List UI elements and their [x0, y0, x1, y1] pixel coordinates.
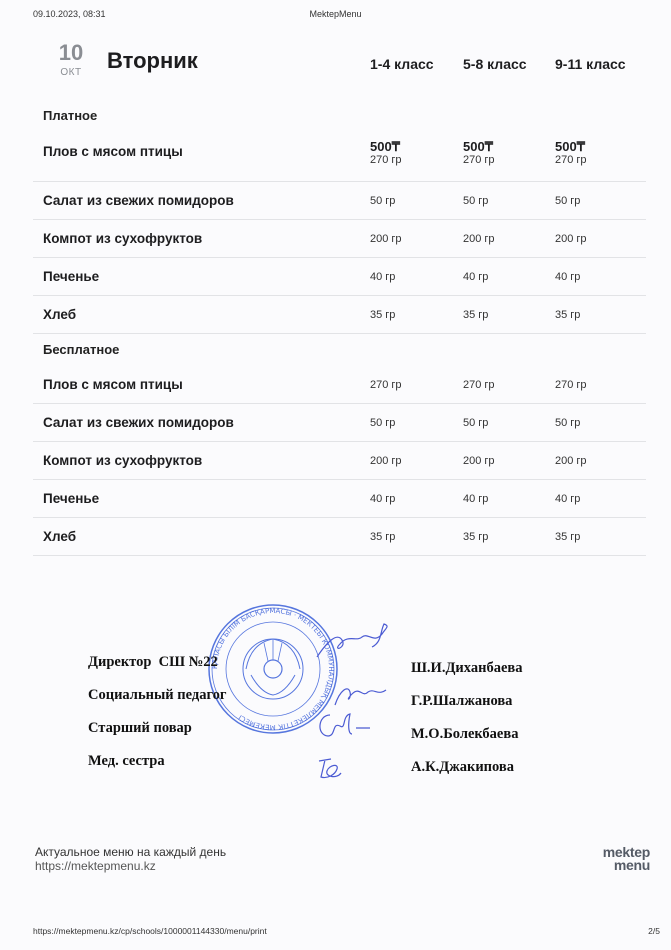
weight: 270 гр	[463, 154, 495, 167]
table-row: Печенье 40 гр 40 гр 40 гр	[33, 258, 646, 296]
cell-5-8: 50 гр	[463, 417, 488, 429]
cell-5-8: 40 гр	[463, 493, 488, 505]
cell-1-4: 50 гр	[370, 417, 395, 429]
logo-line-2: menu	[590, 859, 650, 872]
dish-name: Печенье	[43, 491, 99, 506]
signature-row: Социальный педагог Г.Р.Шалжанова	[88, 683, 548, 716]
dish-name: Хлеб	[43, 529, 76, 544]
table-row: Компот из сухофруктов 200 гр 200 гр 200 …	[33, 442, 646, 480]
cell-1-4: 35 гр	[370, 309, 395, 321]
signature-row: Директор СШ №22 Ш.И.Диханбаева	[88, 650, 548, 683]
day-month: ОКТ	[55, 67, 87, 78]
weekday-title: Вторник	[107, 48, 198, 74]
menu-table: Платное Плов с мясом птицы 500₸270 гр 50…	[33, 100, 646, 556]
price: 500₸	[463, 140, 495, 154]
footer-site-link[interactable]: https://mektepmenu.kz	[35, 859, 226, 873]
column-header-9-11: 9-11 класс	[555, 56, 626, 72]
cell-9-11: 40 гр	[555, 493, 580, 505]
cell-1-4: 40 гр	[370, 271, 395, 283]
price: 500₸	[555, 140, 587, 154]
signature-role: Социальный педагог	[88, 687, 227, 704]
table-row: Хлеб 35 гр 35 гр 35 гр	[33, 518, 646, 556]
table-row: Хлеб 35 гр 35 гр 35 гр	[33, 296, 646, 334]
signature-row: Старший повар М.О.Болекбаева	[88, 716, 548, 749]
column-header-1-4: 1-4 класс	[370, 56, 434, 72]
cell-9-11: 35 гр	[555, 309, 580, 321]
footer-note: Актуальное меню на каждый день https://m…	[35, 845, 226, 873]
cell-5-8: 35 гр	[463, 531, 488, 543]
cell-9-11: 35 гр	[555, 531, 580, 543]
cell-9-11: 50 гр	[555, 417, 580, 429]
cell-1-4: 35 гр	[370, 531, 395, 543]
signature-row: Мед. сестра А.К.Джакипова	[88, 749, 548, 782]
price: 500₸	[370, 140, 402, 154]
mektepmenu-logo: mektep menu	[590, 846, 650, 872]
section-title-paid: Платное	[33, 100, 646, 132]
dish-name: Плов с мясом птицы	[43, 377, 183, 392]
column-header-5-8: 5-8 класс	[463, 56, 527, 72]
table-row: Компот из сухофруктов 200 гр 200 гр 200 …	[33, 220, 646, 258]
weight: 270 гр	[555, 154, 587, 167]
dish-name: Плов с мясом птицы	[43, 144, 183, 159]
dish-name: Компот из сухофруктов	[43, 231, 202, 246]
signature-role: Старший повар	[88, 720, 192, 737]
table-row: Плов с мясом птицы 270 гр 270 гр 270 гр	[33, 366, 646, 404]
cell-9-11: 40 гр	[555, 271, 580, 283]
signature-person: Ш.И.Диханбаева	[411, 660, 522, 677]
dish-name: Печенье	[43, 269, 99, 284]
table-row: Салат из свежих помидоров 50 гр 50 гр 50…	[33, 404, 646, 442]
signatures-block: Директор СШ №22 Ш.И.Диханбаева Социальны…	[88, 650, 548, 782]
cell-1-4: 40 гр	[370, 493, 395, 505]
dish-name: Салат из свежих помидоров	[43, 193, 234, 208]
cell-9-11: 270 гр	[555, 379, 587, 391]
signature-person: Г.Р.Шалжанова	[411, 693, 512, 710]
cell-5-8: 50 гр	[463, 195, 488, 207]
table-row: Печенье 40 гр 40 гр 40 гр	[33, 480, 646, 518]
print-url: https://mektepmenu.kz/cp/schools/1000001…	[33, 926, 267, 936]
signature-person: А.К.Джакипова	[411, 759, 514, 776]
cell-9-11: 200 гр	[555, 233, 587, 245]
weight: 270 гр	[370, 154, 402, 167]
section-title-free: Бесплатное	[33, 334, 646, 366]
cell-1-4: 200 гр	[370, 455, 402, 467]
signature-role: Директор СШ №22	[88, 654, 218, 671]
footer-tagline: Актуальное меню на каждый день	[35, 845, 226, 859]
cell-9-11: 200 гр	[555, 455, 587, 467]
cell-5-8: 40 гр	[463, 271, 488, 283]
cell-5-8: 270 гр	[463, 379, 495, 391]
dish-name: Хлеб	[43, 307, 76, 322]
cell-1-4: 50 гр	[370, 195, 395, 207]
cell-5-8: 200 гр	[463, 455, 495, 467]
signature-role: Мед. сестра	[88, 753, 165, 770]
cell-5-8: 500₸270 гр	[463, 140, 495, 167]
cell-5-8: 200 гр	[463, 233, 495, 245]
table-row: Салат из свежих помидоров 50 гр 50 гр 50…	[33, 182, 646, 220]
print-site-title: MektepMenu	[0, 9, 671, 19]
signature-person: М.О.Болекбаева	[411, 726, 518, 743]
cell-9-11: 50 гр	[555, 195, 580, 207]
cell-1-4: 500₸270 гр	[370, 140, 402, 167]
print-header: 09.10.2023, 08:31 MektepMenu	[0, 9, 671, 23]
dish-name: Компот из сухофруктов	[43, 453, 202, 468]
cell-1-4: 270 гр	[370, 379, 402, 391]
cell-5-8: 35 гр	[463, 309, 488, 321]
dish-name: Салат из свежих помидоров	[43, 415, 234, 430]
table-row: Плов с мясом птицы 500₸270 гр 500₸270 гр…	[33, 132, 646, 182]
day-number: 10	[55, 40, 87, 66]
cell-1-4: 200 гр	[370, 233, 402, 245]
cell-9-11: 500₸270 гр	[555, 140, 587, 167]
page-number: 2/5	[648, 926, 660, 936]
day-header: 10 ОКТ Вторник 1-4 класс 5-8 класс 9-11 …	[40, 40, 650, 85]
